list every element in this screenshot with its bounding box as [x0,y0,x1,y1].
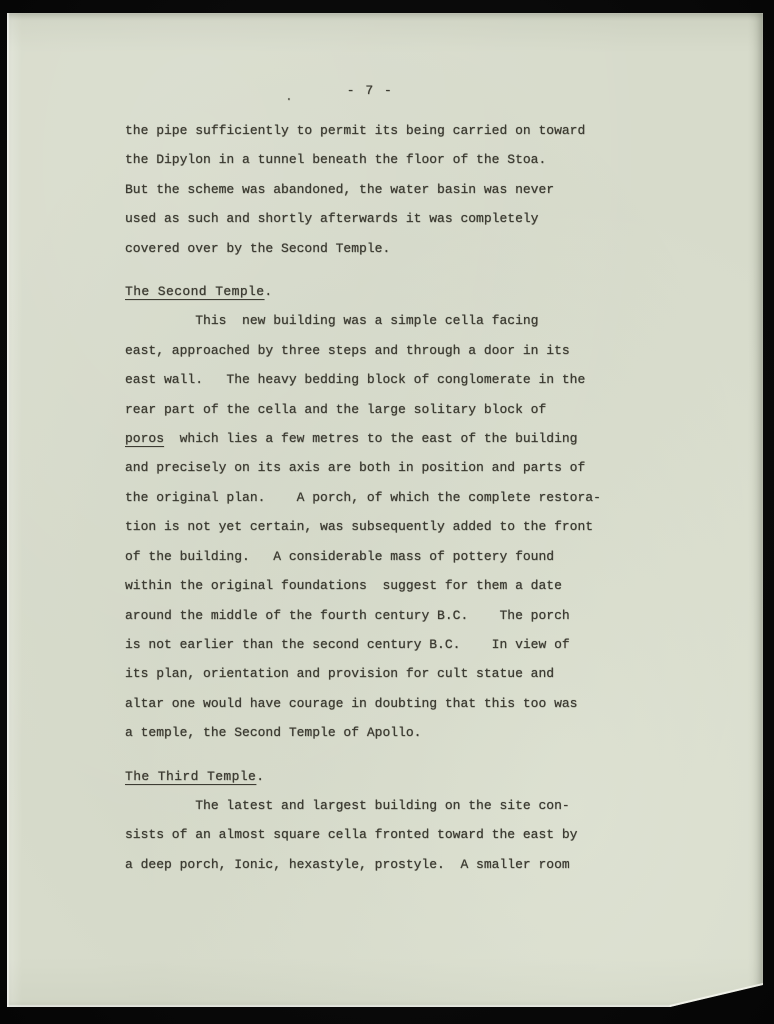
document-line: the pipe sufficiently to permit its bein… [125,116,645,145]
document-line: a deep porch, Ionic, hexastyle, prostyle… [125,850,645,879]
text-segment: This new building was a simple cella fac… [125,313,538,328]
document-line: sists of an almost square cella fronted … [125,820,645,849]
text-segment: the original plan. A porch, of which the… [125,490,601,505]
paragraph-block: This new building was a simple cella fac… [125,306,645,747]
text-segment: its plan, orientation and provision for … [125,666,554,681]
text-segment: . [256,769,264,784]
text-segment: . [264,284,272,299]
underlined-text-segment: The Third Temple [125,769,256,784]
text-segment: The latest and largest building on the s… [125,798,570,813]
document-line: east, approached by three steps and thro… [125,336,645,365]
document-line: The Second Temple. [125,277,645,306]
text-segment: a temple, the Second Temple of Apollo. [125,725,421,740]
text-segment: the Dipylon in a tunnel beneath the floo… [125,152,546,167]
text-segment: covered over by the Second Temple. [125,241,390,256]
text-segment: sists of an almost square cella fronted … [125,827,577,842]
text-segment: and precisely on its axis are both in po… [125,460,585,475]
document-line: the original plan. A porch, of which the… [125,483,645,512]
text-segment: around the middle of the fourth century … [125,608,570,623]
text-segment: the pipe sufficiently to permit its bein… [125,123,585,138]
text-segment: east, approached by three steps and thro… [125,343,570,358]
document-line: is not earlier than the second century B… [125,630,645,659]
document-line: The latest and largest building on the s… [125,791,645,820]
text-segment: is not earlier than the second century B… [125,637,570,652]
text-segment: of the building. A considerable mass of … [125,549,554,564]
document-line: used as such and shortly afterwards it w… [125,204,645,233]
scan-background: . - 7 - the pipe sufficiently to permit … [0,0,774,1024]
document-body: the pipe sufficiently to permit its bein… [125,116,645,879]
document-line: tion is not yet certain, was subsequentl… [125,512,645,541]
text-segment: used as such and shortly afterwards it w… [125,211,538,226]
paragraph-block: the pipe sufficiently to permit its bein… [125,116,645,263]
underlined-text-segment: poros [125,431,164,446]
heading-block: The Second Temple. [125,277,645,306]
text-segment: But the scheme was abandoned, the water … [125,182,554,197]
text-segment: tion is not yet certain, was subsequentl… [125,519,593,534]
text-segment: altar one would have courage in doubting… [125,696,577,711]
underlined-text-segment: The Second Temple [125,284,264,299]
document-line: within the original foundations suggest … [125,571,645,600]
document-line: a temple, the Second Temple of Apollo. [125,718,645,747]
document-line: of the building. A considerable mass of … [125,542,645,571]
text-segment: which lies a few metres to the east of t… [164,431,577,446]
document-line: covered over by the Second Temple. [125,234,645,263]
document-line: But the scheme was abandoned, the water … [125,175,645,204]
document-line: around the middle of the fourth century … [125,601,645,630]
paragraph-block: The latest and largest building on the s… [125,791,645,879]
document-line: The Third Temple. [125,762,645,791]
document-line: east wall. The heavy bedding block of co… [125,365,645,394]
document-line: rear part of the cella and the large sol… [125,395,645,424]
text-segment: rear part of the cella and the large sol… [125,402,546,417]
page-number: - 7 - [125,83,615,98]
document-line: This new building was a simple cella fac… [125,306,645,335]
document-line: poros which lies a few metres to the eas… [125,424,645,453]
paper-sheet: . - 7 - the pipe sufficiently to permit … [7,13,763,1007]
heading-block: The Third Temple. [125,762,645,791]
text-segment: a deep porch, Ionic, hexastyle, prostyle… [125,857,570,872]
document-line: its plan, orientation and provision for … [125,659,645,688]
document-line: and precisely on its axis are both in po… [125,453,645,482]
text-segment: within the original foundations suggest … [125,578,562,593]
document-line: the Dipylon in a tunnel beneath the floo… [125,145,645,174]
text-segment: east wall. The heavy bedding block of co… [125,372,585,387]
document-line: altar one would have courage in doubting… [125,689,645,718]
